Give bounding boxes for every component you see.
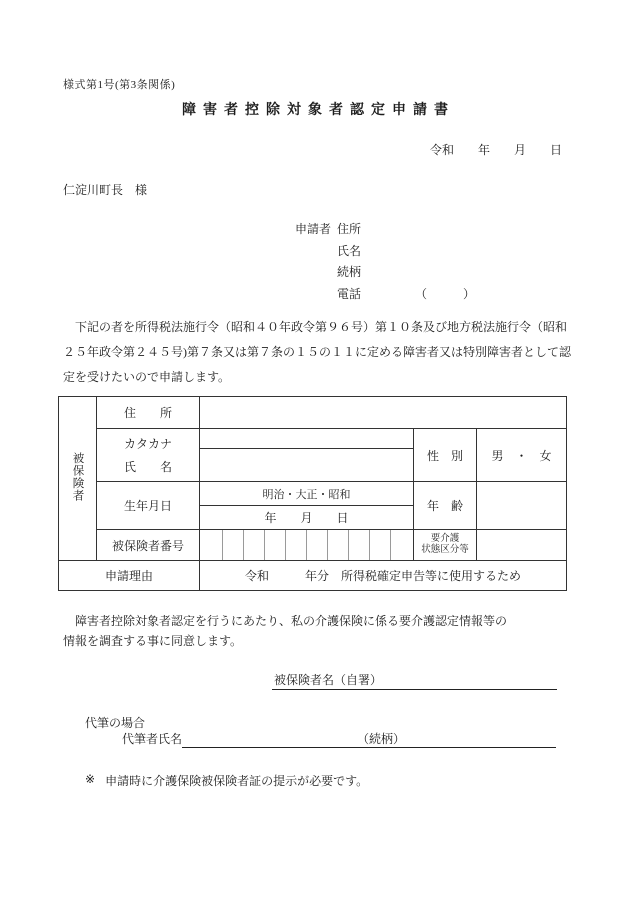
ymd-cell: 年 月 日 <box>200 506 414 530</box>
footnote-text: 申請時に介護保険被保険者証の提示が必要です。 <box>105 772 368 789</box>
proxy-case-label: 代筆の場合 <box>85 714 145 731</box>
care-level-value-cell <box>477 530 567 561</box>
insured-person-table: 被保険者 住 所 カタカナ 氏 名 性 別 男 ・ 女 <box>58 396 567 591</box>
applicant-relation-label: 続柄 <box>337 262 475 284</box>
reason-label-cell: 申請理由 <box>59 561 200 591</box>
address-input-cell <box>200 397 567 429</box>
care-level-label-line1: 要介護 <box>416 534 474 545</box>
intro-line-3: 定を受けたいので申請します。 <box>63 365 573 390</box>
reason-value-cell: 令和 年分 所得税確定申告等に使用するため <box>200 561 567 591</box>
digit-box <box>264 530 285 560</box>
applicant-name-label: 氏名 <box>337 241 475 263</box>
applicant-block: 申請者 住所 氏名 続柄 電話 （ ） <box>295 219 475 305</box>
group-label: 被保険者 <box>70 452 86 502</box>
intro-line-2: ２５年政令第２４５号)第７条又は第７条の１５の１１に定める障害者又は特別障害者と… <box>63 340 573 365</box>
name-label-cell: カタカナ 氏 名 <box>97 429 200 482</box>
katakana-label: カタカナ <box>99 435 197 452</box>
digit-box <box>348 530 369 560</box>
proxy-name-line: 代筆者氏名 （続柄） <box>122 731 556 748</box>
signature-label: 被保険者名（自署） <box>272 673 382 687</box>
consent-paragraph: 障害者控除対象者認定を行うにあたり、私の介護保険に係る要介護認定情報等の 情報を… <box>63 611 507 651</box>
group-label-cell: 被保険者 <box>59 397 97 561</box>
applicant-fields: 住所 氏名 続柄 電話 （ ） <box>337 219 475 305</box>
gender-label-cell: 性 別 <box>414 429 477 482</box>
digit-box <box>306 530 327 560</box>
care-level-label-line2: 状態区分等 <box>416 545 474 556</box>
katakana-input-cell <box>200 429 414 449</box>
date-line: 令和 年 月 日 <box>430 141 562 158</box>
proxy-relation-label: （続柄） <box>357 731 405 747</box>
applicant-tel-label: 電話 （ ） <box>337 284 475 306</box>
birth-label-cell: 生年月日 <box>97 482 200 530</box>
applicant-label: 申請者 <box>295 219 331 305</box>
era-options-cell: 明治・大正・昭和 <box>200 482 414 506</box>
name-input-cell <box>200 449 414 482</box>
applicant-address-label: 住所 <box>337 219 475 241</box>
digit-box <box>202 530 222 560</box>
digit-box <box>285 530 306 560</box>
page-title: 障害者控除対象者認定申請書 <box>0 99 630 119</box>
proxy-name-underline: （続柄） <box>182 730 556 748</box>
form-number: 様式第1号(第3条関係) <box>63 76 175 92</box>
digit-box <box>390 530 411 560</box>
footnote-mark: ※ <box>85 772 95 789</box>
signature-line: 被保険者名（自署） <box>272 671 557 690</box>
addressee: 仁淀川町長 様 <box>63 181 147 198</box>
digit-box <box>369 530 390 560</box>
consent-line-1: 障害者控除対象者認定を行うにあたり、私の介護保険に係る要介護認定情報等の <box>63 611 507 631</box>
digit-box <box>243 530 264 560</box>
digit-box <box>327 530 348 560</box>
gender-value-cell: 男 ・ 女 <box>477 429 567 482</box>
insured-no-input-cell <box>200 530 414 561</box>
footnote: ※ 申請時に介護保険被保険者証の提示が必要です。 <box>85 772 368 789</box>
address-label-cell: 住 所 <box>97 397 200 429</box>
age-value-cell <box>477 482 567 530</box>
care-level-label-cell: 要介護 状態区分等 <box>414 530 477 561</box>
form-page: 様式第1号(第3条関係) 障害者控除対象者認定申請書 令和 年 月 日 仁淀川町… <box>0 0 630 903</box>
proxy-name-label: 代筆者氏名 <box>122 731 182 748</box>
insured-no-label-cell: 被保険者番号 <box>97 530 200 561</box>
age-label-cell: 年 齢 <box>414 482 477 530</box>
intro-line-1: 下記の者を所得税法施行令（昭和４０年政令第９６号）第１０条及び地方税法施行令（昭… <box>63 315 573 340</box>
digit-box <box>222 530 243 560</box>
digit-boxes <box>202 530 411 560</box>
consent-line-2: 情報を調査する事に同意します。 <box>63 631 507 651</box>
name-label: 氏 名 <box>99 458 197 475</box>
intro-paragraph: 下記の者を所得税法施行令（昭和４０年政令第９６号）第１０条及び地方税法施行令（昭… <box>63 315 573 390</box>
